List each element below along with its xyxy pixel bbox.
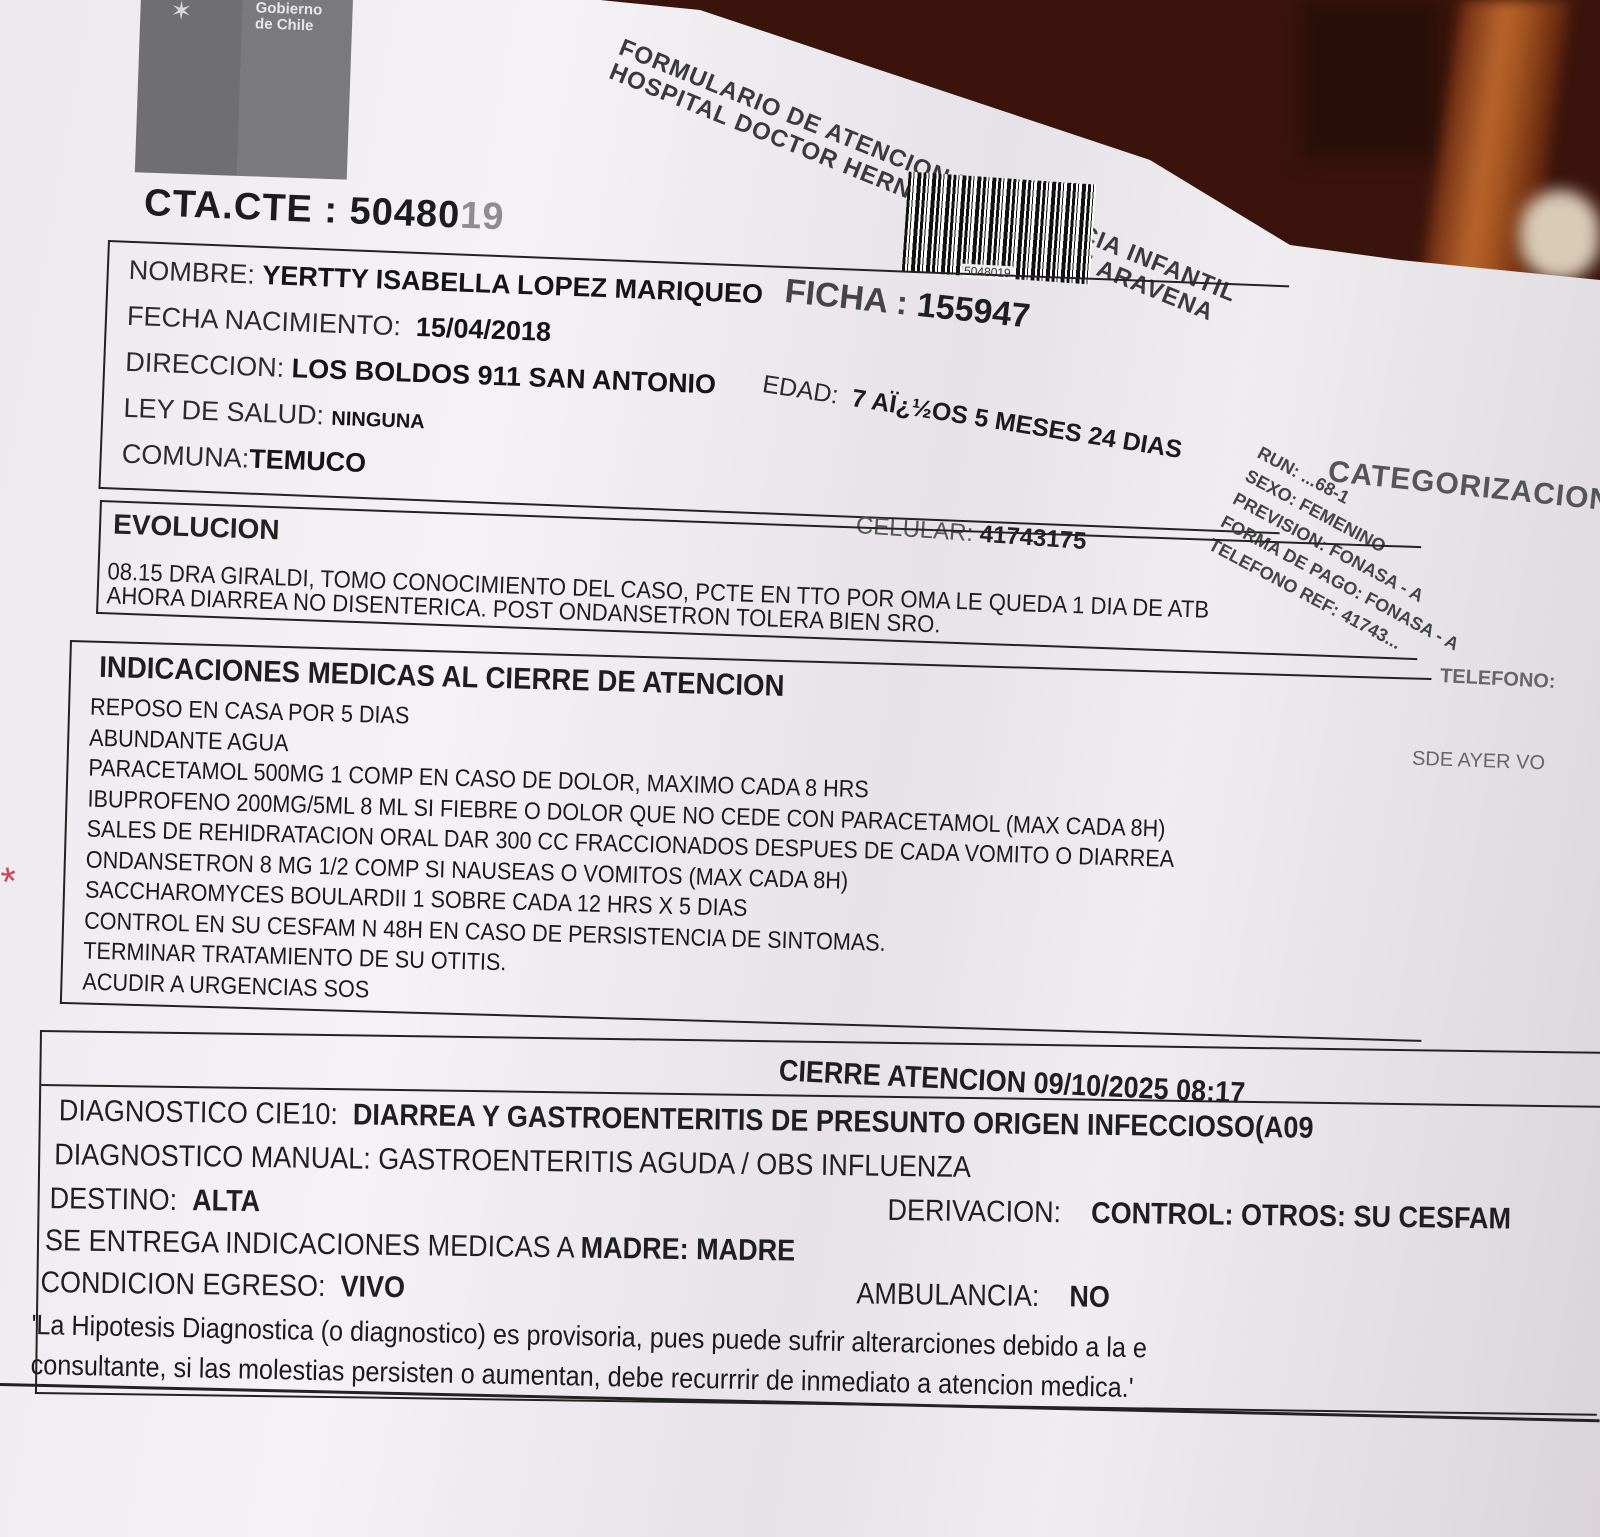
cierre-title: CIERRE ATENCION 09/10/2025 08:17 [778, 1054, 1246, 1111]
background-light-object [1520, 190, 1600, 280]
handwritten-asterisk-icon: * [0, 859, 21, 906]
direccion-row: DIRECCION: LOS BOLDOS 911 SAN ANTONIO [125, 347, 717, 401]
patient-info-box: NOMBRE: YERTTY ISABELLA LOPEZ MARIQUEO F… [98, 240, 1289, 534]
star-icon: ✶ [170, 0, 231, 25]
comuna-row: COMUNA:TEMUCO [121, 439, 367, 479]
paper-sheet: ✶ Gobierno de Chile CTA.CTE : 5048019 FO… [0, 0, 1600, 1537]
desde-ayer-text: SDE AYER VO [1412, 748, 1546, 776]
evolucion-text: 08.15 DRA GIRALDI, TOMO CONOCIMIENTO DEL… [106, 560, 1209, 646]
gobierno-de-chile-logo: ✶ Gobierno de Chile [135, 0, 353, 180]
destino: DESTINO: ALTA [49, 1182, 260, 1219]
nombre-row: NOMBRE: YERTTY ISABELLA LOPEZ MARIQUEO [128, 255, 763, 310]
entrega-indicaciones: SE ENTREGA INDICACIONES MEDICAS A MADRE:… [45, 1224, 796, 1268]
evolucion-heading: EVOLUCION [113, 508, 280, 546]
telefono-label: TELEFONO: [1439, 665, 1556, 694]
cuenta-corriente: CTA.CTE : 5048019 [143, 182, 505, 239]
fecha-nacimiento-row: FECHA NACIMIENTO: 15/04/2018 [126, 301, 551, 348]
indicaciones-box: INDICACIONES MEDICAS AL CIERRE DE ATENCI… [60, 640, 1432, 1042]
background-dark [1300, 0, 1440, 160]
indicaciones-list: REPOSO EN CASA POR 5 DIAS ABUNDANTE AGUA… [82, 693, 1299, 1032]
derivacion: DERIVACION: CONTROL: OTROS: SU CESFAM [887, 1194, 1511, 1237]
logo-text: Gobierno de Chile [255, 0, 323, 34]
condicion-egreso: CONDICION EGRESO: VIVO [40, 1266, 405, 1305]
ley-salud-row: LEY DE SALUD: NINGUNA [123, 393, 425, 436]
ambulancia: AMBULANCIA: NO [856, 1277, 1110, 1315]
diagnostico-manual: DIAGNOSTICO MANUAL: GASTROENTERITIS AGUD… [54, 1138, 971, 1185]
